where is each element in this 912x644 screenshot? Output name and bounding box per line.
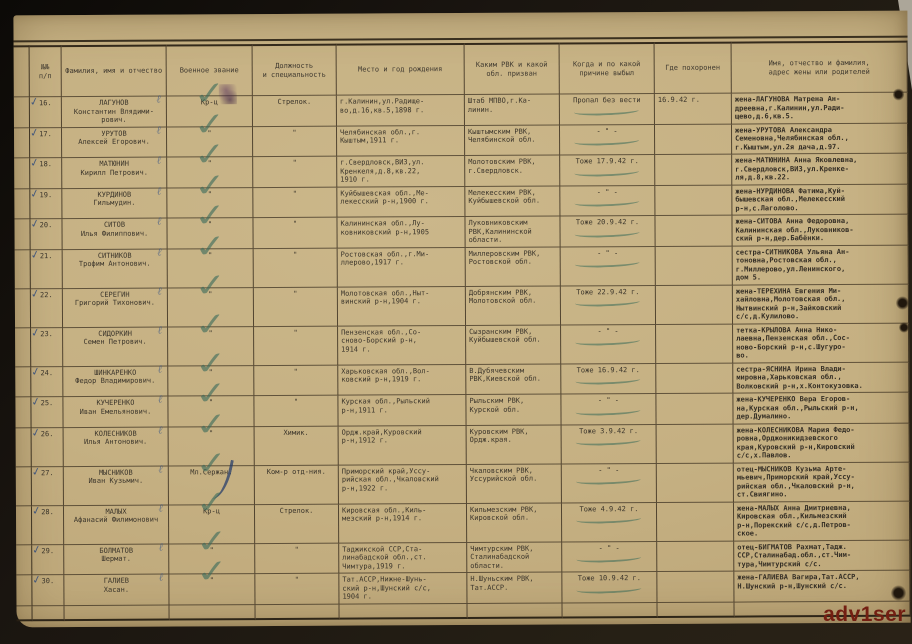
pencil-mark-icon: ℓ	[158, 426, 163, 435]
row-gutter	[14, 97, 30, 128]
row-gutter	[16, 467, 32, 506]
drafted-by-cell: Кыштымским РВК, Челябинской обл.	[465, 125, 560, 156]
cause-of-loss-cell: - " -	[562, 541, 657, 572]
rank-cell-text: "	[208, 290, 212, 298]
duty-cell: "	[253, 218, 337, 249]
drafted-by-cell: Чкаловским РВК, Уссурийской обл.	[467, 464, 562, 503]
rank-cell-text: "	[209, 368, 213, 376]
duty-cell-text: "	[294, 367, 298, 375]
drafted-by-cell-text: Молотовским РВК, г.Свердловск.	[468, 158, 535, 175]
row-number-cell-text: 25.	[41, 399, 54, 407]
relatives-cell-text: жена-НУРДИНОВА Фатима,Куй- бышевская обл…	[735, 186, 845, 212]
birthplace-cell-text: Кировская обл.,Киль- мезский р-н,1914 г.	[342, 506, 426, 523]
column-header-text: Где похоронен	[665, 64, 720, 73]
rank-cell: "✓	[168, 366, 254, 397]
burial-cell	[656, 394, 733, 425]
row-number-cell: ✓26.	[32, 428, 64, 467]
burial-cell	[657, 463, 734, 502]
drafted-by-cell: Куровским РВК, Ордж.края.	[467, 425, 562, 464]
drafted-by-cell-text: Добрянским РВК, Молотовской обл.	[469, 288, 537, 305]
column-header-text: Военное звание	[180, 66, 239, 75]
torn-spot	[899, 322, 909, 333]
name-cell: СИДОРКИН Семен Петрович.ℓ	[63, 327, 168, 367]
cause-of-loss-cell: - " -	[561, 394, 656, 425]
duty-cell-text: "	[293, 250, 297, 258]
duty-cell-text: "	[293, 159, 297, 167]
pencil-mark-icon: ℓ	[158, 465, 163, 474]
drafted-by-cell-text: Куровским РВК, Ордж.края.	[470, 427, 529, 444]
relatives-cell: жена-МАЛЫХ Анна Дмитриевна, Кировская об…	[734, 501, 910, 541]
birthplace-cell-text: г.Калинин,ул.Радище- во,д.16,кв.5,1898 г…	[340, 97, 424, 114]
drafted-by-cell-text: Сызранским РВК, Куйбышевской обл.	[469, 327, 541, 344]
empty-row-cell	[32, 606, 64, 621]
name-cell: СЕРЕГИН Григорий Тихонович.ℓ	[63, 288, 168, 328]
pencil-mark-icon: ℓ	[158, 396, 163, 405]
cause-of-loss-cell: - " -	[561, 324, 656, 363]
duty-cell-text: "	[295, 576, 299, 584]
duty-cell-text: "	[293, 189, 297, 197]
rank-cell-text: "	[210, 546, 214, 554]
blue-check-icon: ✓	[30, 328, 41, 338]
cause-of-loss-cell: Тоже 16.9.42 г.	[561, 363, 656, 394]
relatives-cell-text: жена-УРУТОВА Александра Семеновна,Челяби…	[735, 126, 849, 152]
birthplace-cell-text: Челябинская обл.,г. Кыштым,1911 г.	[340, 128, 420, 145]
cause-of-loss-cell-text: - " -	[597, 188, 618, 196]
rank-cell: "✓	[167, 127, 253, 158]
row-number-cell-text: 21.	[40, 252, 53, 260]
birthplace-cell-text: Курская обл.,Рыльский р-н,1911 г.	[341, 397, 430, 414]
blue-check-icon: ✓	[29, 128, 40, 138]
burial-cell	[657, 424, 734, 463]
name-cell: МАТЮНИН Кирилл Петрович.ℓ	[62, 158, 167, 189]
rank-cell: "✓	[169, 574, 255, 605]
birthplace-cell-text: Харьковская обл.,Вол- ковский р-н,1919 г…	[341, 367, 430, 384]
watermark: adv1ser	[823, 603, 906, 627]
blue-check-icon: ✓	[29, 97, 40, 107]
relatives-cell: отец-БИГМАТОВ Рахмат,Тадж. ССР,Сталинаба…	[734, 540, 910, 571]
row-number-cell-text: 23.	[40, 330, 53, 338]
burial-cell	[655, 216, 732, 247]
rank-cell-text: "	[208, 159, 212, 167]
name-cell-text: ШИНКАРЕНКО Федор Владимирович.	[75, 368, 155, 385]
empty-row-cell	[16, 606, 32, 621]
relatives-cell: сестра-СИТНИКОВА Ульяна Ан- тоновна,Рост…	[733, 245, 909, 285]
blue-check-icon: ✓	[31, 545, 42, 555]
duty-cell: Стрелок.	[253, 96, 337, 127]
drafted-by-cell: Луковниковским РВК,Калининской области.	[465, 216, 560, 247]
duty-cell: "	[254, 248, 338, 287]
empty-row-cell	[562, 602, 657, 617]
pencil-mark-icon: ℓ	[157, 218, 162, 227]
cause-of-loss-cell-text: - " -	[598, 466, 619, 474]
rank-cell-text: "	[210, 576, 214, 584]
pencil-mark-icon: ℓ	[157, 326, 162, 335]
duty-cell: "	[253, 187, 337, 218]
torn-spot	[896, 296, 909, 310]
torn-spot	[893, 88, 904, 101]
name-cell-text: СЕРЕГИН Григорий Тихонович.	[75, 290, 155, 307]
header-gutter	[14, 45, 30, 97]
pencil-mark-icon: ℓ	[157, 187, 162, 196]
cause-of-loss-cell-text: - " -	[599, 544, 620, 552]
cause-of-loss-cell: - " -	[560, 124, 655, 155]
birthplace-cell: Молотовская обл.,Ныт- винский р-н,1904 г…	[338, 286, 466, 326]
relatives-cell: жена-НУРДИНОВА Фатима,Куй- бышевская обл…	[732, 184, 908, 215]
row-number-cell: ✓19.	[30, 189, 62, 220]
relatives-cell-text: жена-ТЕРЕХИНА Евгения Ми- хайловна,Молот…	[736, 287, 846, 321]
pencil-mark-icon: ℓ	[158, 365, 163, 374]
rank-cell-text: "	[209, 398, 213, 406]
duty-cell-text: "	[293, 328, 297, 336]
birthplace-cell: Приморский край,Уссу- рийская обл.,Чкало…	[339, 464, 467, 504]
rank-cell: Мл.Сержан.✓	[169, 466, 255, 505]
pencil-underline-mark	[575, 258, 640, 269]
birthplace-cell-text: Куйбышевская обл.,Ме- лекесский р-н,1900…	[340, 189, 429, 206]
rank-cell: "✓	[168, 249, 254, 288]
name-cell-text: ГАЛИЕВ Хасан.	[104, 577, 129, 594]
row-number-cell: ✓29.	[32, 545, 64, 576]
row-gutter	[16, 575, 32, 606]
birthplace-cell-text: Ордж.край,Куровский р-н,1912 г.	[342, 428, 422, 445]
name-cell: СИТОВ Илья Филиппович.ℓ	[62, 219, 167, 250]
empty-row-cell	[339, 603, 467, 619]
empty-row-cell	[467, 603, 562, 618]
name-cell-text: МЫСНИКОВ Иван Кузьмич.	[88, 468, 143, 485]
column-header: Каким РВК и какой обл. призван	[465, 42, 560, 94]
cause-of-loss-cell: Тоже 22.9.42 г.	[561, 285, 656, 324]
cause-of-loss-cell-text: Тоже 4.9.42 г.	[579, 505, 638, 513]
row-gutter	[14, 189, 30, 220]
row-gutter	[14, 219, 30, 250]
duty-cell-text: Стрелок.	[277, 98, 311, 106]
birthplace-cell-text: Таджикской ССР,Ста- линабадской обл.,ст.…	[342, 545, 426, 570]
cause-of-loss-cell: Тоже 17.9.42 г.	[560, 155, 655, 186]
birthplace-cell: г.Свердловск,ВИЗ,ул. Кренкеля,д.8,кв.22,…	[337, 156, 465, 187]
name-cell-text: КОЛЕСНИКОВ Илья Антонович.	[84, 429, 147, 446]
drafted-by-cell-text: Штаб МПВО,г.Ка- линин.	[468, 97, 531, 114]
cause-of-loss-cell-text: Тоже 17.9.42 г.	[576, 157, 639, 165]
relatives-cell: жена-ЛАГУНОВА Матрена Ан- дреевна,г.Кали…	[732, 93, 908, 124]
row-number-cell: ✓21.	[31, 250, 63, 289]
rank-cell: "✓	[169, 427, 255, 466]
relatives-cell-text: тетка-КРЫЛОВА Анна Нико- лаевна,Пензенск…	[736, 326, 850, 360]
burial-cell	[657, 502, 734, 541]
pencil-mark-icon: ℓ	[159, 543, 164, 552]
rank-cell-text: Кр-ц	[203, 507, 220, 515]
drafted-by-cell: Сызранским РВК, Куйбышевской обл.	[466, 325, 561, 364]
name-cell: БОЛМАТОВ Шермат.ℓ	[64, 544, 169, 575]
cause-of-loss-cell-text: Тоже 3.9.42 г.	[579, 427, 638, 435]
rank-cell-text: "	[209, 429, 213, 437]
pencil-underline-mark	[575, 297, 640, 308]
row-number-cell: ✓20.	[30, 219, 62, 250]
cause-of-loss-cell-text: Тоже 22.9.42 г.	[576, 288, 639, 296]
name-cell-text: КУЧЕРЕНКО Иван Емельянович.	[80, 399, 152, 416]
cause-of-loss-cell: - " -	[560, 185, 655, 216]
burial-cell	[657, 541, 734, 572]
cause-of-loss-cell-text: Пропал без вести	[573, 96, 640, 104]
row-number-cell: ✓17.	[30, 128, 62, 159]
column-header: Где похоронен	[655, 42, 732, 94]
rank-cell-text: "	[208, 220, 212, 228]
duty-cell: "	[254, 287, 338, 326]
drafted-by-cell-text: Н.Шуньским РВК, Тат.АССР.	[470, 575, 533, 592]
row-gutter	[16, 506, 32, 545]
drafted-by-cell: Миллеровским РВК, Ростовской обл.	[466, 247, 561, 286]
birthplace-cell-text: Калининская обл.,Лу- ковниковский р-н,19…	[340, 219, 429, 236]
birthplace-cell: Харьковская обл.,Вол- ковский р-н,1919 г…	[338, 364, 466, 395]
relatives-cell-text: сестра-ЯСНИНА Ирина Влади- мировна,Харьк…	[736, 364, 863, 390]
row-gutter	[15, 328, 31, 367]
rank-cell: Кр-ц✓	[169, 505, 255, 544]
pencil-underline-mark	[574, 105, 639, 116]
blue-check-icon: ✓	[29, 158, 40, 168]
row-gutter	[15, 289, 31, 328]
relatives-cell-text: жена-ГАЛИЕВА Вагира,Тат.АССР, Н.Шунский …	[737, 573, 859, 590]
cause-of-loss-cell-text: Тоже 20.9.42 г.	[576, 218, 639, 226]
drafted-by-cell: Кильмезским РВК, Кировской обл.	[467, 503, 562, 542]
drafted-by-cell: Мелекесским РВК, Куйбышевской обл.	[465, 186, 560, 217]
row-number-cell-text: 30.	[42, 577, 55, 585]
empty-row-cell	[64, 605, 169, 621]
duty-cell: "	[254, 326, 338, 365]
cause-of-loss-cell-text: - " -	[596, 127, 617, 135]
cause-of-loss-cell-text: - " -	[597, 327, 618, 335]
rank-cell-text: "	[207, 129, 211, 137]
duty-cell-text: Химик.	[283, 428, 308, 436]
birthplace-cell-text: Приморский край,Уссу- рийская обл.,Чкало…	[342, 467, 439, 492]
relatives-cell-text: жена-КОЛЕСНИКОВА Мария Федо- ровна,Орджо…	[737, 425, 855, 459]
row-number-cell: ✓16.	[30, 97, 62, 128]
blue-check-icon: ✓	[30, 367, 41, 377]
birthplace-cell-text: Тат.АССР,Нижне-Шунь- ский р-н,Шунский с/…	[342, 575, 431, 600]
birthplace-cell: Ростовская обл.,г.Ми- ллерово,1917 г.	[338, 247, 466, 287]
row-number-cell: ✓18.	[30, 158, 62, 189]
column-header: Военное звание	[167, 44, 253, 96]
duty-cell-text: "	[293, 220, 297, 228]
relatives-cell: жена-КОЛЕСНИКОВА Мария Федо- ровна,Орджо…	[734, 423, 910, 463]
name-cell-text: КУРДИНОВ Гильмудин.	[93, 190, 135, 207]
relatives-cell-text: отец-БИГМАТОВ Рахмат,Тадж. ССР,Сталинаба…	[737, 542, 851, 568]
pencil-underline-mark	[575, 166, 640, 177]
row-number-cell: ✓27.	[32, 467, 64, 506]
birthplace-cell: Кировская обл.,Киль- мезский р-н,1914 г.	[339, 503, 467, 543]
drafted-by-cell: Чимтурским РВК, Сталинабадской области.	[467, 542, 562, 573]
burial-cell	[657, 572, 734, 603]
cause-of-loss-cell: Тоже 10.9.42 г.	[562, 572, 657, 603]
column-header: Фамилия, имя и отчество	[62, 45, 167, 98]
column-header: Место и год рождения	[337, 43, 465, 96]
relatives-cell-text: жена-МАЛЫХ Анна Дмитриевна, Кировская об…	[737, 503, 851, 537]
row-number-cell-text: 17.	[39, 130, 52, 138]
column-header: №№ п/п	[30, 45, 62, 97]
row-number-cell: ✓30.	[32, 575, 64, 606]
cause-of-loss-cell: Тоже 20.9.42 г.	[560, 216, 655, 247]
column-header-text: Место и год рождения	[358, 65, 442, 74]
burial-cell	[655, 185, 732, 216]
row-number-cell-text: 28.	[41, 508, 54, 516]
row-gutter	[14, 128, 30, 159]
row-gutter	[14, 158, 30, 189]
drafted-by-cell: Штаб МПВО,г.Ка- линин.	[465, 94, 560, 125]
duty-cell: "	[255, 543, 339, 574]
column-header-text: Каким РВК и какой обл. призван	[476, 60, 548, 78]
pencil-underline-mark	[575, 336, 640, 347]
row-number-cell-text: 24.	[40, 369, 53, 377]
name-cell-text: ЛАГУНОВ Константин Влядими- рович.	[74, 99, 154, 124]
pencil-mark-icon: ℓ	[159, 574, 164, 583]
column-header: Когда и по какой причине выбыл	[560, 42, 655, 94]
duty-cell: "	[253, 126, 337, 157]
pencil-underline-mark	[576, 475, 641, 486]
empty-row-cell	[657, 602, 734, 617]
row-gutter	[16, 428, 32, 467]
relatives-cell: сестра-ЯСНИНА Ирина Влади- мировна,Харьк…	[733, 362, 909, 393]
cause-of-loss-cell-text: Тоже 10.9.42 г.	[578, 574, 641, 582]
blue-check-icon: ✓	[30, 289, 41, 299]
drafted-by-cell: В.Дубячевским РВК,Киевской обл.	[466, 364, 561, 395]
name-cell: КУЧЕРЕНКО Иван Емельянович.ℓ	[63, 397, 168, 428]
birthplace-cell-text: Пензенская обл.,Со- сново-Борский р-н, 1…	[341, 328, 421, 353]
duty-cell-text: "	[293, 289, 297, 297]
drafted-by-cell-text: Луковниковским РВК,Калининской области.	[468, 219, 531, 244]
cause-of-loss-cell-text: - " -	[597, 249, 618, 257]
birthplace-cell: Куйбышевская обл.,Ме- лекесский р-н,1900…	[337, 186, 465, 217]
row-gutter	[16, 545, 32, 576]
rank-cell: Кр-ц✓	[167, 96, 253, 127]
relatives-cell-text: жена-СИТОВА Анна Федоровна, Калининская …	[735, 217, 853, 243]
empty-row-cell	[255, 604, 339, 619]
drafted-by-cell: Н.Шуньским РВК, Тат.АССР.	[467, 572, 562, 603]
row-number-cell-text: 20.	[40, 221, 53, 229]
cause-of-loss-cell: Пропал без вести	[560, 94, 655, 125]
name-cell: КУРДИНОВ Гильмудин.ℓ	[62, 188, 167, 219]
burial-cell	[656, 324, 733, 363]
duty-cell-text: "	[294, 398, 298, 406]
birthplace-cell: Челябинская обл.,г. Кыштым,1911 г.	[337, 125, 465, 156]
name-cell: УРУТОВ Алексей Егорович.ℓ	[62, 127, 167, 158]
cause-of-loss-cell: Тоже 3.9.42 г.	[562, 424, 657, 463]
row-number-cell-text: 26.	[41, 430, 54, 438]
name-cell: ЛАГУНОВ Константин Влядими- рович.ℓ	[62, 97, 167, 128]
burial-cell	[656, 363, 733, 394]
drafted-by-cell-text: Кильмезским РВК, Кировской обл.	[470, 505, 537, 522]
scanned-photo: №№ п/пФамилия, имя и отчествоВоенное зва…	[0, 0, 912, 644]
rank-cell: "✓	[167, 188, 253, 219]
row-gutter	[15, 397, 31, 428]
duty-cell-text: "	[292, 128, 296, 136]
rank-cell: "✓	[168, 327, 254, 366]
relatives-cell-text: жена-ЛАГУНОВА Матрена Ан- дреевна,г.Кали…	[735, 95, 845, 121]
column-header-text: Фамилия, имя и отчество	[65, 67, 162, 77]
pencil-underline-mark	[575, 197, 640, 208]
birthplace-cell: Пензенская обл.,Со- сново-Борский р-н, 1…	[338, 325, 466, 365]
relatives-cell-text: жена-МАТЮНИНА Анна Яковлевна, г.Свердлов…	[735, 156, 857, 182]
pencil-mark-icon: ℓ	[157, 157, 162, 166]
drafted-by-cell-text: Чкаловским РВК, Уссурийской обл.	[470, 466, 538, 483]
rank-cell: "✓	[168, 396, 254, 427]
blue-check-icon: ✓	[30, 250, 41, 260]
column-header-text: №№ п/п	[39, 63, 52, 81]
duty-cell-text: Ком-р отд-ния.	[267, 467, 326, 475]
pencil-underline-mark	[577, 583, 642, 594]
duty-cell: "	[254, 396, 338, 427]
birthplace-cell: Таджикской ССР,Ста- линабадской обл.,ст.…	[339, 542, 467, 573]
row-gutter	[15, 250, 31, 289]
name-cell-text: БОЛМАТОВ Шермат.	[99, 546, 133, 563]
birthplace-cell: Тат.АССР,Нижне-Шунь- ский р-н,Шунский с/…	[339, 573, 467, 604]
relatives-cell: тетка-КРЫЛОВА Анна Нико- лаевна,Пензенск…	[733, 323, 909, 363]
duty-cell-text: Стрелок.	[280, 506, 314, 514]
rank-cell: "✓	[167, 157, 253, 188]
blue-check-icon: ✓	[30, 189, 41, 199]
pencil-underline-mark	[574, 136, 639, 147]
blue-check-icon: ✓	[31, 397, 42, 407]
row-number-cell-text: 22.	[40, 291, 53, 299]
column-header-text: Когда и по какой причине выбыл	[573, 60, 641, 78]
blue-check-icon: ✓	[31, 467, 42, 477]
row-number-cell-text: 16.	[39, 99, 52, 107]
blue-check-icon: ✓	[31, 428, 42, 438]
name-cell-text: СИТНИКОВ Трофим Антонович.	[79, 251, 151, 268]
pencil-mark-icon: ℓ	[156, 96, 161, 105]
cause-of-loss-cell-text: Тоже 16.9.42 г.	[577, 366, 640, 374]
birthplace-cell-text: Ростовская обл.,г.Ми- ллерово,1917 г.	[341, 250, 430, 267]
burial-cell	[656, 246, 733, 285]
rank-cell: "✓	[169, 544, 255, 575]
drafted-by-cell-text: Рыльским РВК, Курской обл.	[469, 397, 524, 414]
column-header: Имя, отчество и фамилия, адрес жены или …	[732, 41, 908, 94]
row-number-cell: ✓28.	[32, 506, 64, 545]
cause-of-loss-cell: - " -	[561, 246, 656, 285]
column-header-text: Имя, отчество и фамилия, адрес жены или …	[769, 58, 870, 77]
pencil-underline-mark	[576, 436, 641, 447]
birthplace-cell: Ордж.край,Куровский р-н,1912 г.	[339, 425, 467, 465]
rank-cell: "✓	[167, 218, 253, 249]
relatives-cell-text: жена-КУЧЕРЕНКО Вера Егоров- на,Курская о…	[736, 395, 858, 421]
rank-cell-text: "	[208, 329, 212, 337]
name-cell: ШИНКАРЕНКО Федор Владимирович.ℓ	[63, 366, 168, 397]
duty-cell: Ком-р отд-ния.	[255, 465, 339, 504]
birthplace-cell-text: Молотовская обл.,Ныт- винский р-н,1904 г…	[341, 289, 430, 306]
drafted-by-cell: Добрянским РВК, Молотовской обл.	[466, 286, 561, 325]
row-number-cell-text: 27.	[41, 469, 54, 477]
cause-of-loss-cell-text: - " -	[598, 396, 619, 404]
birthplace-cell: Калининская обл.,Лу- ковниковский р-н,19…	[337, 217, 465, 248]
drafted-by-cell-text: Чимтурским РВК, Сталинабадской области.	[470, 544, 533, 569]
pencil-mark-icon: ℓ	[157, 287, 162, 296]
row-gutter	[15, 367, 31, 398]
name-cell-text: МАТЮНИН Кирилл Петрович.	[80, 160, 147, 177]
relatives-cell: жена-КУЧЕРЕНКО Вера Егоров- на,Курская о…	[733, 393, 909, 424]
burial-cell: 16.9.42 г.	[655, 94, 732, 125]
pencil-mark-icon: ℓ	[156, 126, 161, 135]
row-number-cell-text: 19.	[39, 191, 52, 199]
drafted-by-cell: Молотовским РВК, г.Свердловск.	[465, 155, 560, 186]
pencil-mark-icon: ℓ	[158, 504, 163, 513]
duty-cell: Химик.	[255, 426, 339, 465]
cause-of-loss-cell: - " -	[562, 463, 657, 502]
birthplace-cell-text: г.Свердловск,ВИЗ,ул. Кренкеля,д.8,кв.22,…	[340, 158, 424, 183]
rank-cell-text: Кр-ц	[201, 98, 218, 106]
relatives-cell-text: сестра-СИТНИКОВА Ульяна Ан- тоновна,Рост…	[736, 247, 850, 281]
relatives-cell: жена-СИТОВА Анна Федоровна, Калининская …	[732, 215, 908, 246]
blue-check-icon: ✓	[31, 506, 42, 516]
row-number-cell: ✓24.	[31, 367, 63, 398]
drafted-by-cell-text: В.Дубячевским РВК,Киевской обл.	[469, 366, 541, 383]
document-page: №№ п/пФамилия, имя и отчествоВоенное зва…	[13, 11, 910, 628]
cause-of-loss-cell: Тоже 4.9.42 г.	[562, 502, 657, 541]
